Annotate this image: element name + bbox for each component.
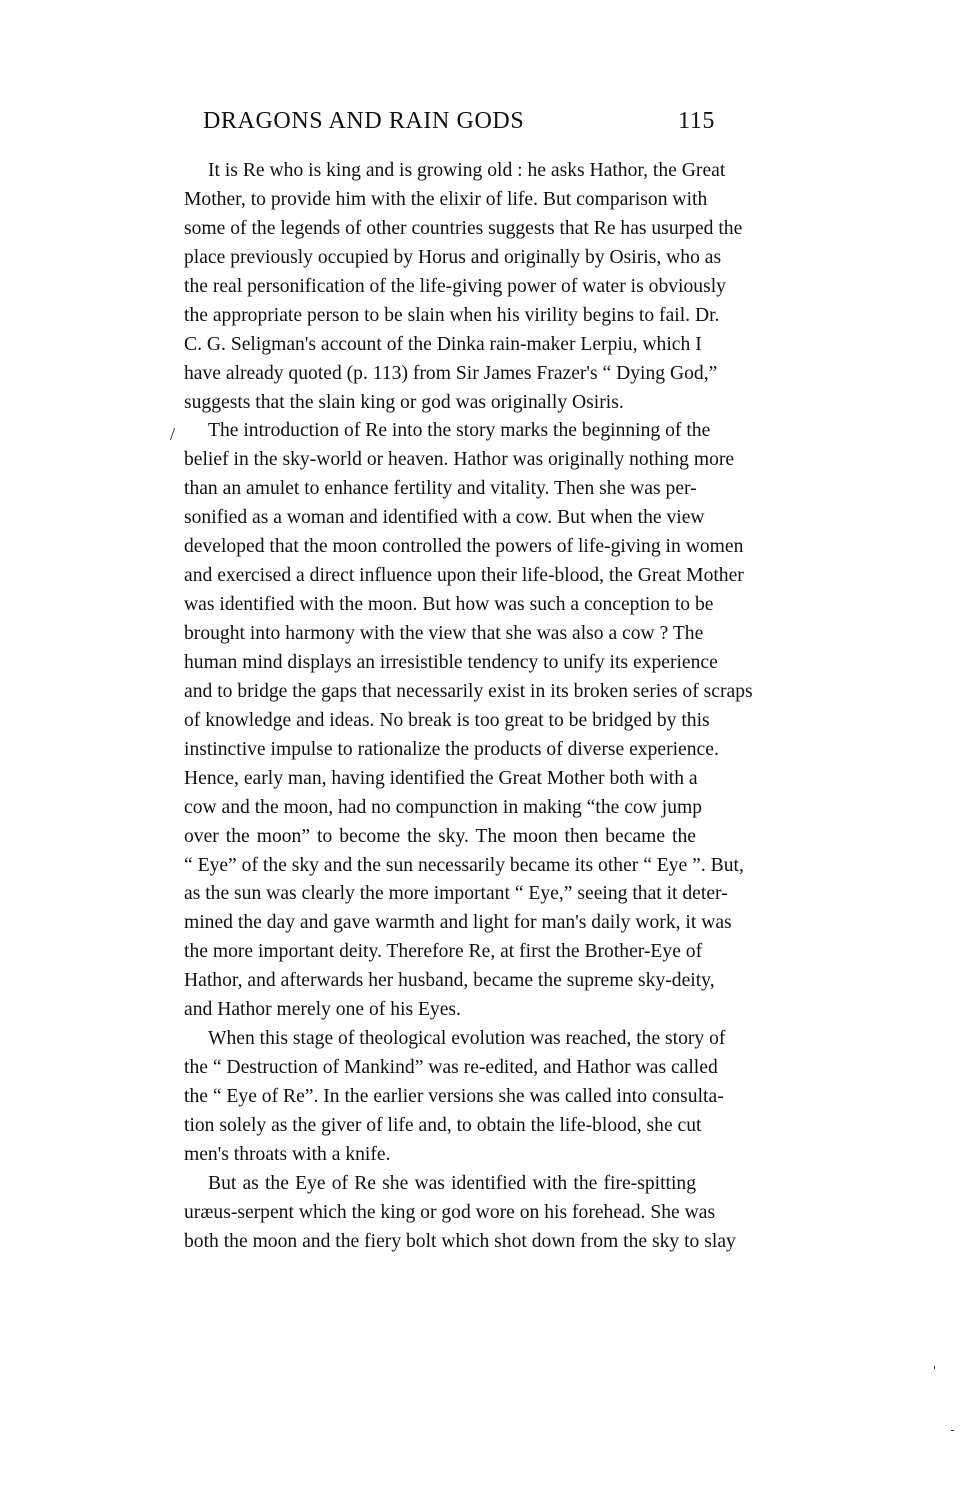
text-line: the “ Eye of Re”. In the earlier version…: [184, 1083, 696, 1112]
paragraph-1: It is Re who is king and is growing old …: [184, 157, 696, 417]
text-line: the “ Destruction of Mankind” was re-edi…: [184, 1054, 696, 1083]
paragraph-2: The introduction of Re into the story ma…: [184, 417, 696, 1025]
text-line: suggests that the slain king or god was …: [184, 389, 696, 418]
scan-speck: [934, 1366, 935, 1369]
book-page: DRAGONS AND RAIN GODS 115 / It is Re who…: [0, 0, 973, 1502]
body-text: It is Re who is king and is growing old …: [184, 157, 696, 1257]
text-line: “ Eye” of the sky and the sun necessaril…: [184, 852, 696, 881]
text-line: uræus-serpent which the king or god wore…: [184, 1199, 696, 1228]
text-line: and exercised a direct influence upon th…: [184, 562, 696, 591]
text-line: Mother, to provide him with the elixir o…: [184, 186, 696, 215]
text-line: The introduction of Re into the story ma…: [184, 417, 696, 446]
text-line: as the sun was clearly the more importan…: [184, 880, 696, 909]
text-line: than an amulet to enhance fertility and …: [184, 475, 696, 504]
paragraph-3: When this stage of theological evolution…: [184, 1025, 696, 1170]
text-line: brought into harmony with the view that …: [184, 620, 696, 649]
running-head: DRAGONS AND RAIN GODS 115: [185, 108, 715, 140]
text-line: instinctive impulse to rationalize the p…: [184, 736, 696, 765]
page-number: 115: [678, 108, 715, 135]
paragraph-4: But as the Eye of Re she was identified …: [184, 1170, 696, 1257]
running-title: DRAGONS AND RAIN GODS: [203, 108, 524, 135]
text-line: When this stage of theological evolution…: [184, 1025, 696, 1054]
text-line: But as the Eye of Re she was identified …: [184, 1170, 696, 1199]
text-line: the appropriate person to be slain when …: [184, 302, 696, 331]
margin-pencil-mark: /: [170, 424, 175, 445]
text-line: place previously occupied by Horus and o…: [184, 244, 696, 273]
text-line: tion solely as the giver of life and, to…: [184, 1112, 696, 1141]
text-line: over the moon” to become the sky. The mo…: [184, 823, 696, 852]
text-line: cow and the moon, had no compunction in …: [184, 794, 696, 823]
text-line: both the moon and the fiery bolt which s…: [184, 1228, 696, 1257]
text-line: the real personification of the life-giv…: [184, 273, 696, 302]
text-line: and Hathor merely one of his Eyes.: [184, 996, 696, 1025]
text-line: sonified as a woman and identified with …: [184, 504, 696, 533]
text-line: the more important deity. Therefore Re, …: [184, 938, 696, 967]
text-line: developed that the moon controlled the p…: [184, 533, 696, 562]
text-line: have already quoted (p. 113) from Sir Ja…: [184, 360, 696, 389]
text-line: men's throats with a knife.: [184, 1141, 696, 1170]
text-line: and to bridge the gaps that necessarily …: [184, 678, 696, 707]
text-line: Hathor, and afterwards her husband, beca…: [184, 967, 696, 996]
text-line: mined the day and gave warmth and light …: [184, 909, 696, 938]
text-line: C. G. Seligman's account of the Dinka ra…: [184, 331, 696, 360]
text-line: Hence, early man, having identified the …: [184, 765, 696, 794]
text-line: of knowledge and ideas. No break is too …: [184, 707, 696, 736]
text-line: some of the legends of other countries s…: [184, 215, 696, 244]
text-line: human mind displays an irresistible tend…: [184, 649, 696, 678]
text-line: was identified with the moon. But how wa…: [184, 591, 696, 620]
text-line: It is Re who is king and is growing old …: [184, 157, 696, 186]
scan-speck: [951, 1430, 954, 1431]
text-line: belief in the sky-world or heaven. Hatho…: [184, 446, 696, 475]
